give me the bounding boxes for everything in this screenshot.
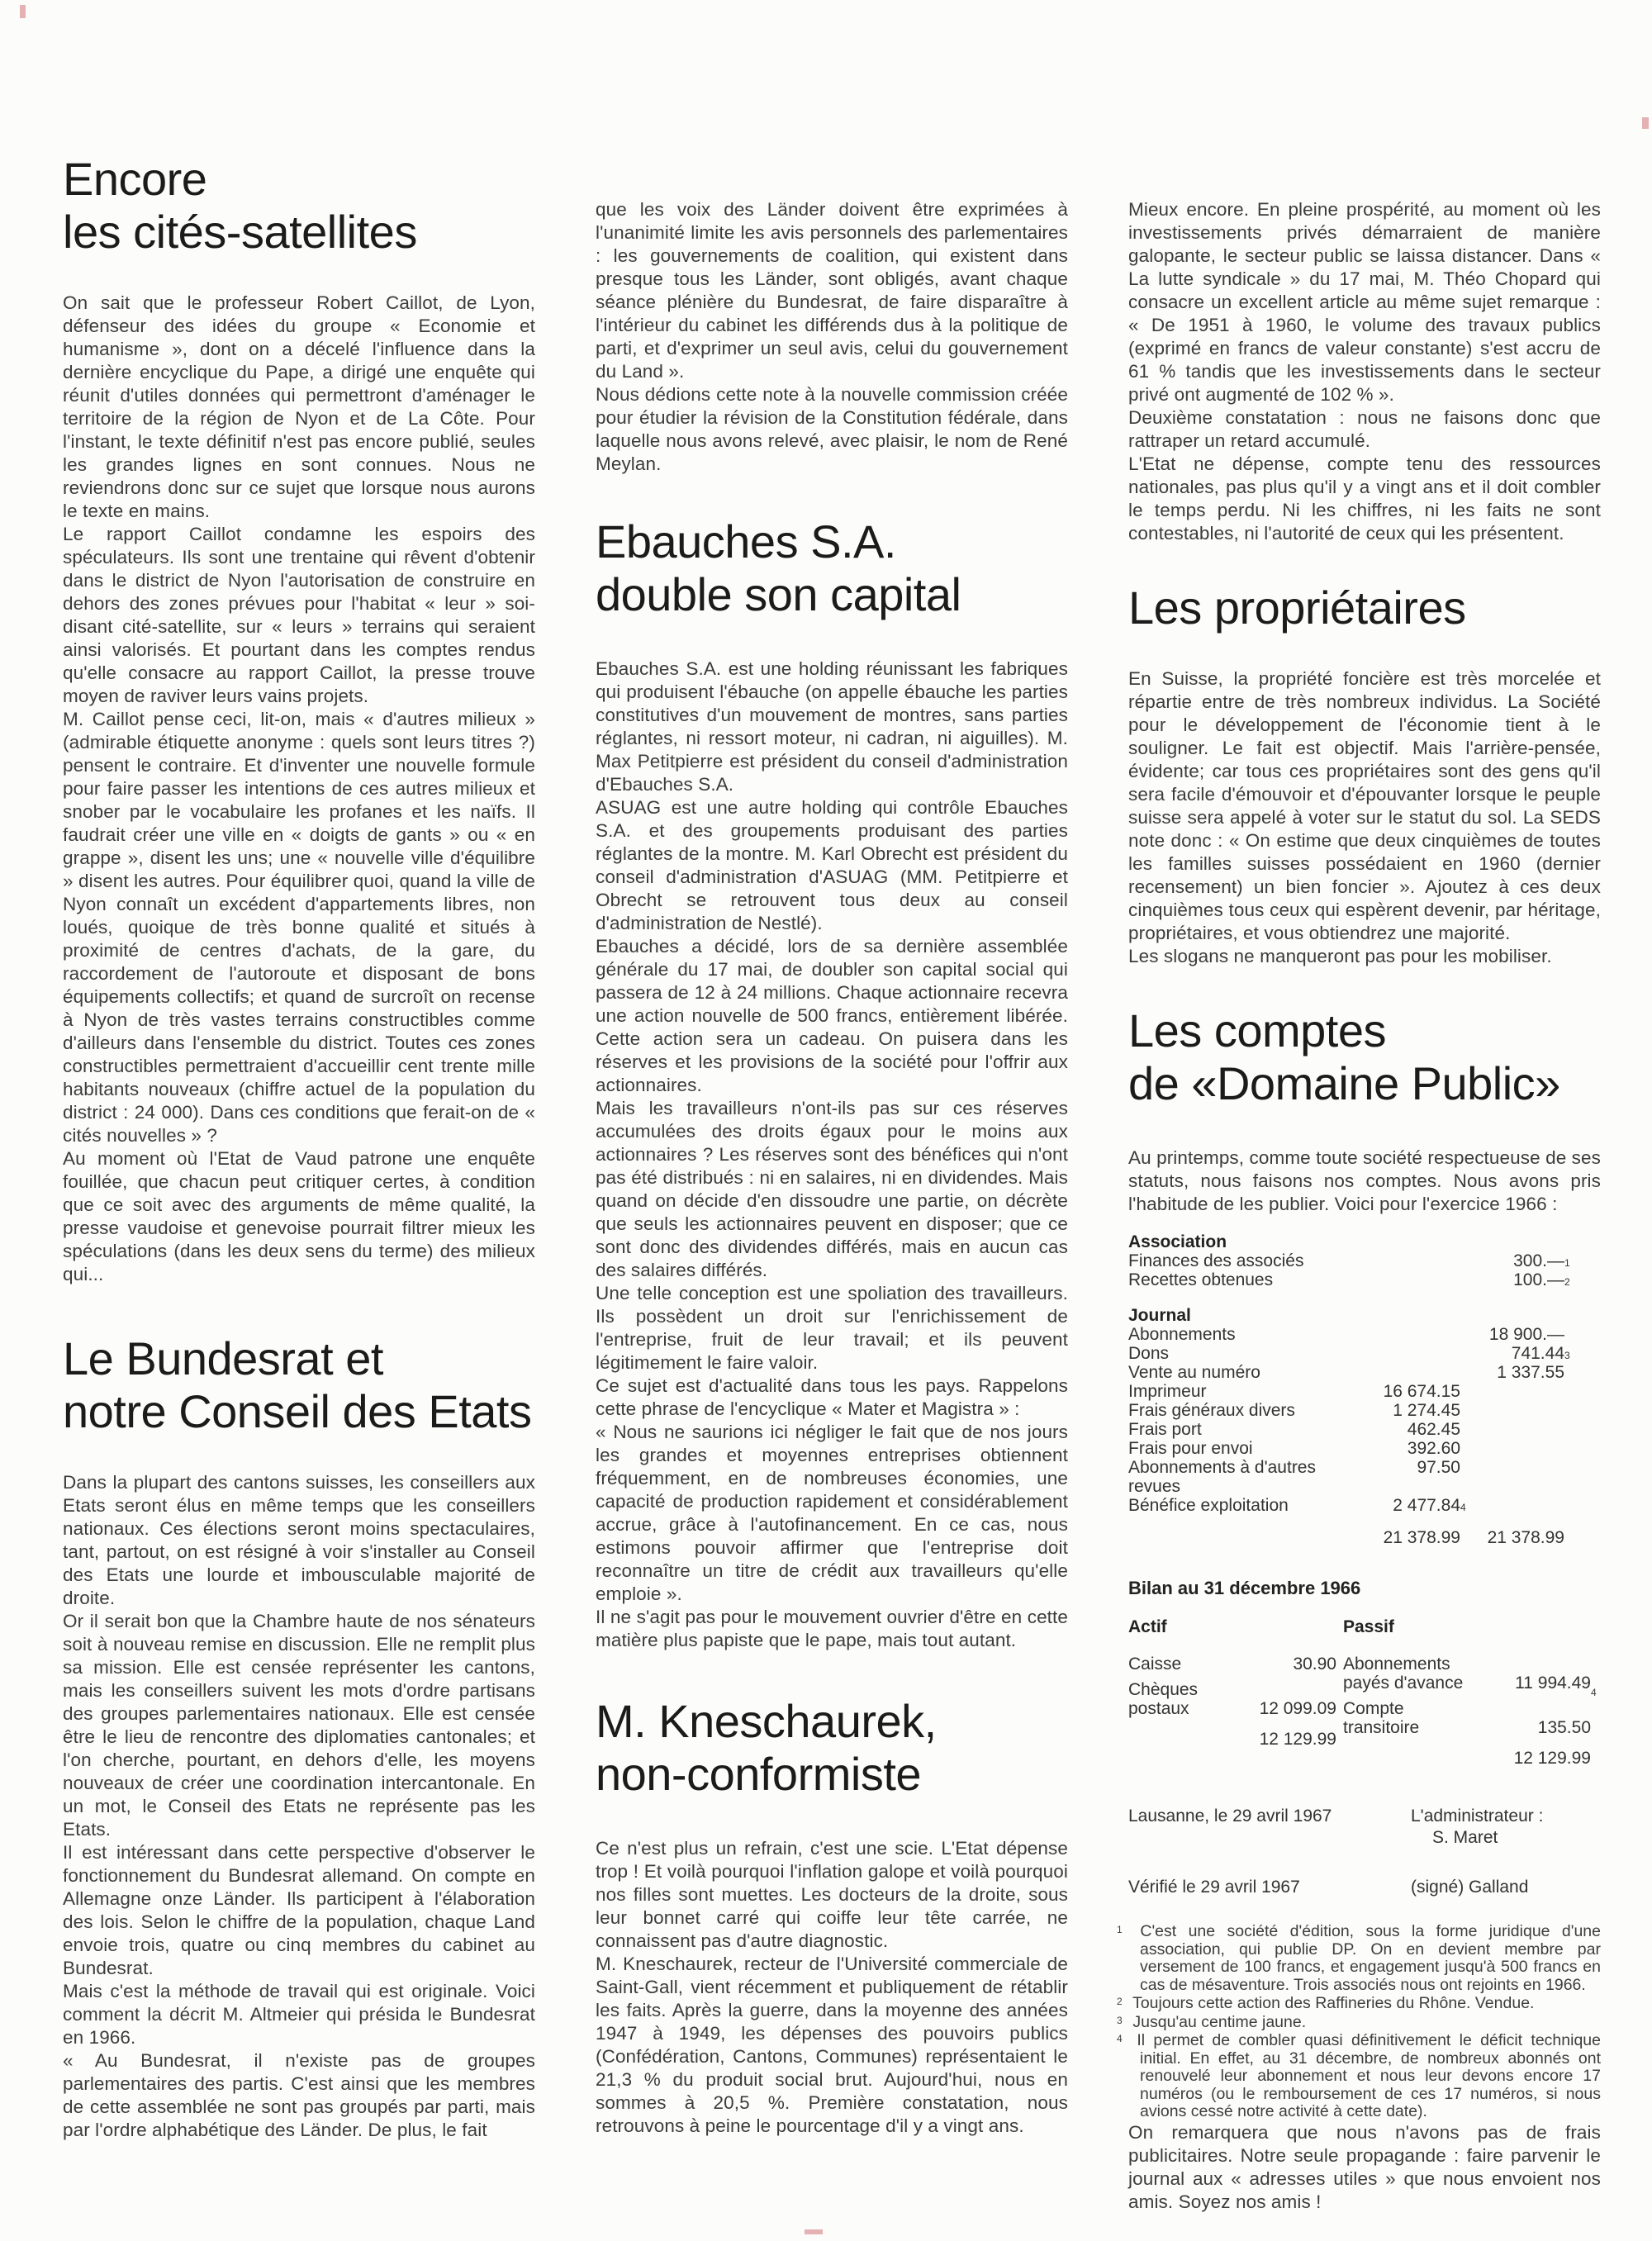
row-amount-mid: 462.45 [1361, 1420, 1460, 1439]
bilan-side-actif: Actif Caisse 30.90 Chèques postaux 12 09… [1128, 1617, 1336, 1768]
signature-block: Lausanne, le 29 avril 1967 L'administrat… [1128, 1806, 1601, 1898]
row-label: Imprimeur [1128, 1382, 1361, 1401]
bilan-column-header: Actif [1128, 1617, 1336, 1636]
footnote: 3 Jusqu'au centime jaune. [1128, 2014, 1601, 2032]
row-label: Vente au numéro [1128, 1363, 1361, 1382]
scan-mark-bottom [805, 2229, 823, 2234]
paragraph: Ce sujet est d'actualité dans tous les p… [596, 1375, 1068, 1421]
account-row: Frais port 462.45 [1128, 1420, 1576, 1439]
row-label: Caisse [1128, 1655, 1246, 1674]
paragraph: Le rapport Caillot condamne les espoirs … [63, 523, 535, 708]
paragraph: Ebauches S.A. est une holding réunissant… [596, 658, 1068, 796]
paragraph: Mais c'est la méthode de travail qui est… [63, 1980, 535, 2049]
paragraph: En Suisse, la propriété foncière est trè… [1128, 667, 1601, 945]
bilan-row: Abonnements payés d'avance 11 994.49 4 [1343, 1655, 1601, 1693]
row-amount: 135.50 [1474, 1718, 1591, 1737]
bilan-total-row: 12 129.99 [1343, 1749, 1601, 1768]
paragraph: ASUAG est une autre holding qui contrôle… [596, 796, 1068, 935]
scan-mark-right [1642, 117, 1649, 129]
paragraph: Deuxième constatation : nous ne faisons … [1128, 406, 1601, 453]
account-row: Bénéfice exploitation 2 477.84 4 [1128, 1496, 1576, 1515]
paragraph: Or il serait bon que la Chambre haute de… [63, 1610, 535, 1841]
headline-proprietaires: Les propriétaires [1128, 582, 1601, 634]
row-amount-mid: 1 274.45 [1361, 1401, 1460, 1420]
row-amount-right: 300.— [1472, 1251, 1564, 1270]
paragraph: Ce n'est plus un refrain, c'est une scie… [596, 1837, 1068, 1953]
bilan-side-passif: Passif Abonnements payés d'avance 11 994… [1343, 1617, 1601, 1768]
footnote: 2 Toujours cette action des Raffineries … [1128, 1995, 1601, 2013]
bilan-total-row: 12 129.99 [1128, 1730, 1336, 1749]
row-amount: 12 129.99 [1246, 1730, 1336, 1749]
bilan-title: Bilan au 31 décembre 1966 [1128, 1579, 1601, 1598]
accounts-section-header: Association [1128, 1232, 1576, 1251]
account-row: Dons 741.44 3 [1128, 1344, 1576, 1363]
headline-comptes-domaine-public: Les comptes de «Domaine Public» [1128, 1004, 1601, 1110]
paragraph: Ebauches a décidé, lors de sa dernière a… [596, 935, 1068, 1097]
row-amount-right: 100.— [1472, 1270, 1564, 1289]
paragraph: Au printemps, comme toute société respec… [1128, 1147, 1601, 1216]
row-amount-mid: 16 674.15 [1361, 1382, 1460, 1401]
paragraph: Au moment où l'Etat de Vaud patrone une … [63, 1147, 535, 1286]
row-label: Abonnements à d'autres revues [1128, 1458, 1361, 1496]
row-label: Dons [1128, 1344, 1361, 1363]
row-amount-right: 18 900.— [1472, 1325, 1564, 1344]
bilan-column-header: Passif [1343, 1617, 1601, 1636]
footnote-text: Il permet de combler quasi définitivemen… [1137, 2031, 1601, 2120]
column-3: Mieux encore. En pleine prospérité, au m… [1128, 0, 1601, 2241]
administrator-name: S. Maret [1411, 1827, 1601, 1849]
bilan-row: Chèques postaux 12 099.09 [1128, 1680, 1336, 1718]
newspaper-page: Encore les cités-satellites On sait que … [0, 0, 1652, 2241]
row-label: Bénéfice exploitation [1128, 1496, 1361, 1515]
paragraph: M. Kneschaurek, recteur de l'Université … [596, 1953, 1068, 2138]
paragraph: Nous dédions cette note à la nouvelle co… [596, 383, 1068, 476]
account-row: Frais généraux divers 1 274.45 [1128, 1401, 1576, 1420]
row-label: Abonnements [1128, 1325, 1361, 1344]
account-row: Imprimeur 16 674.15 [1128, 1382, 1576, 1401]
closing-paragraph: On remarquera que nous n'avons pas de fr… [1128, 2121, 1601, 2214]
row-amount: 12 129.99 [1474, 1749, 1591, 1768]
paragraph: M. Caillot pense ceci, lit-on, mais « d'… [63, 708, 535, 1147]
footnotes: 1 C'est une société d'édition, sous la f… [1128, 1923, 1601, 2121]
paragraph: Mais les travailleurs n'ont-ils pas sur … [596, 1097, 1068, 1282]
paragraph: On sait que le professeur Robert Caillot… [63, 292, 535, 523]
administrator-label: L'administrateur : [1411, 1806, 1601, 1827]
bilan-row: Caisse 30.90 [1128, 1655, 1336, 1674]
total-mid: 21 378.99 [1361, 1528, 1460, 1547]
row-label: Frais pour envoi [1128, 1439, 1361, 1458]
administrator: L'administrateur : S. Maret [1411, 1806, 1601, 1849]
headline-kneschaurek: M. Kneschaurek, non-conformiste [596, 1695, 1068, 1801]
row-amount-right: 741.44 [1472, 1344, 1564, 1363]
accounts-total-row: 21 378.99 21 378.99 [1128, 1528, 1576, 1547]
total-right: 21 378.99 [1472, 1528, 1564, 1547]
paragraph: Il ne s'agit pas pour le mouvement ouvri… [596, 1606, 1068, 1652]
headline-cites-satellites: Encore les cités-satellites [63, 153, 535, 259]
bilan-table: Bilan au 31 décembre 1966 Actif Caisse 3… [1128, 1579, 1601, 1768]
row-amount-mid: 2 477.84 [1361, 1496, 1460, 1515]
row-amount-mid: 392.60 [1361, 1439, 1460, 1458]
row-label: Recettes obtenues [1128, 1270, 1361, 1289]
accounts-table: Association Finances des associés 300.— … [1128, 1232, 1601, 1547]
signature-date: Lausanne, le 29 avril 1967 [1128, 1806, 1411, 1849]
row-amount: 12 099.09 [1246, 1699, 1336, 1718]
account-row: Vente au numéro 1 337.55 [1128, 1363, 1576, 1382]
row-label: Frais généraux divers [1128, 1401, 1361, 1420]
spacer [1128, 1289, 1576, 1306]
paragraph: Il est intéressant dans cette perspectiv… [63, 1841, 535, 1980]
account-row: Frais pour envoi 392.60 [1128, 1439, 1576, 1458]
accounts-section-header: Journal [1128, 1306, 1576, 1325]
row-amount-mid: 97.50 [1361, 1458, 1460, 1477]
paragraph: Mieux encore. En pleine prospérité, au m… [1128, 198, 1601, 406]
paragraph: Dans la plupart des cantons suisses, les… [63, 1471, 535, 1610]
row-label: Finances des associés [1128, 1251, 1361, 1270]
headline-ebauches: Ebauches S.A. double son capital [596, 515, 1068, 621]
paragraph: Les slogans ne manqueront pas pour les m… [1128, 945, 1601, 968]
signed-by: (signé) Galland [1411, 1877, 1601, 1898]
column-1: Encore les cités-satellites On sait que … [63, 0, 535, 2241]
footnote-text: C'est une société d'édition, sous la for… [1140, 1922, 1601, 1994]
headline-bundesrat: Le Bundesrat et notre Conseil des Etats [63, 1332, 535, 1438]
paragraph: L'Etat ne dépense, compte tenu des resso… [1128, 453, 1601, 545]
row-label: Abonnements payés d'avance [1343, 1655, 1474, 1693]
footnote: 1 C'est une société d'édition, sous la f… [1128, 1923, 1601, 1994]
paragraph: « Au Bundesrat, il n'existe pas de group… [63, 2049, 535, 2142]
paragraph: que les voix des Länder doivent être exp… [596, 198, 1068, 383]
row-amount: 30.90 [1246, 1655, 1336, 1674]
row-amount-right: 1 337.55 [1472, 1363, 1564, 1382]
footnote-text: Jusqu'au centime jaune. [1132, 2013, 1306, 2031]
footnote-text: Toujours cette action des Raffineries du… [1132, 1994, 1534, 2012]
row-label: Chèques postaux [1128, 1680, 1246, 1718]
row-label: Compte transitoire [1343, 1699, 1474, 1737]
account-row: Recettes obtenues 100.— 2 [1128, 1270, 1576, 1289]
account-row: Abonnements 18 900.— [1128, 1325, 1576, 1344]
footnote: 4 Il permet de combler quasi définitivem… [1128, 2032, 1601, 2121]
row-amount: 11 994.49 [1474, 1674, 1591, 1693]
row-label: Frais port [1128, 1420, 1361, 1439]
paragraph: Une telle conception est une spoliation … [596, 1282, 1068, 1375]
verified-date: Vérifié le 29 avril 1967 [1128, 1877, 1411, 1898]
account-row: Abonnements à d'autres revues 97.50 [1128, 1458, 1576, 1496]
paragraph: « Nous ne saurions ici négliger le fait … [596, 1421, 1068, 1606]
account-row: Finances des associés 300.— 1 [1128, 1251, 1576, 1270]
column-2: que les voix des Länder doivent être exp… [596, 0, 1068, 2241]
scan-mark-top-left [20, 5, 26, 18]
bilan-row: Compte transitoire 135.50 [1343, 1699, 1601, 1737]
